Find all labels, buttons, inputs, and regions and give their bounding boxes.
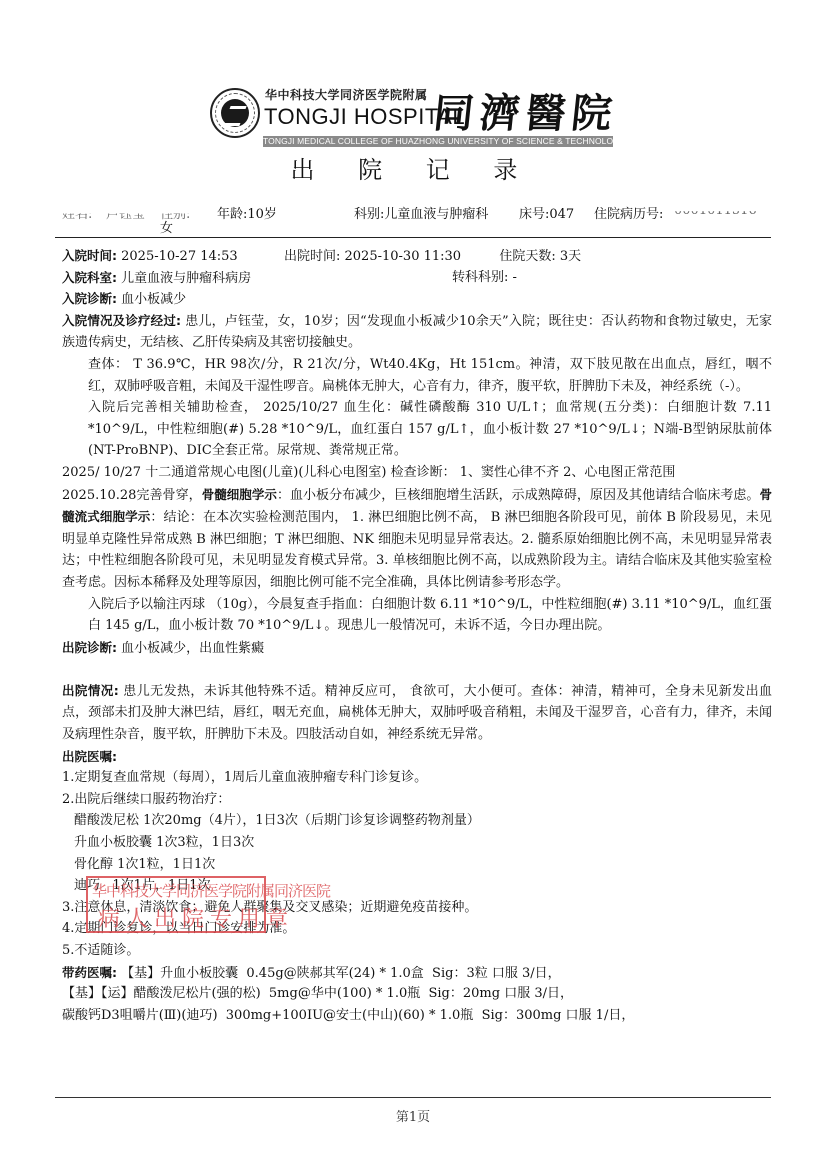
discharge-status: 出院情况: 患儿无发热，未诉其他特殊不适。精神反应可， 食欲可，大小便可。查体：… — [62, 680, 772, 746]
flow-text: ：结论：在本次实验检测范围内， 1. 淋巴细胞比例不高， B 淋巴细胞各阶段可见… — [62, 510, 772, 590]
header-divider — [55, 237, 771, 238]
bone-marrow-results: 2025.10.28完善骨穿，骨髓细胞学示：血小板分布减少，巨核细胞增生活跃，示… — [62, 484, 772, 594]
page-number: 第1页 — [0, 1106, 826, 1125]
footer-divider — [55, 1097, 771, 1098]
admit-time-label: 入院时间: — [62, 248, 117, 263]
lab-results: 入院后完善相关辅助检查， 2025/10/27 血生化：碱性磷酸酶 310 U/… — [62, 397, 772, 462]
discharge-status-label: 出院情况: — [62, 683, 119, 698]
stay-days-label: 住院天数: — [499, 249, 555, 264]
admit-diagnosis-label: 入院诊断: — [62, 291, 117, 306]
marrow-intro: 2025.10.28完善骨穿， — [62, 488, 202, 503]
admit-dept: 儿童血液与肿瘤科病房 — [121, 271, 251, 286]
patient-info-line: 姓名: 卢钰莹 性别: 女 年龄:10岁 科别:儿童血液与肿瘤科 床号:047 … — [62, 203, 772, 223]
medication-item: 醋酸泼尼松 1次20mg（4片），1日3次（后期门诊复诊调整药物剂量） — [62, 810, 772, 832]
discharge-stamp: 华中科技大学同济医学院附属同济医院 病人出院专用章 — [86, 876, 266, 933]
stamp-line-2: 病人出院专用章 — [98, 902, 294, 933]
name-label: 姓名: — [62, 203, 92, 222]
take-home-item: 【基】升血小板胶囊 0.45g@陕郝其军(24) * 1.0盒 Sig：3粒 口… — [121, 966, 561, 981]
marrow-text: ：血小板分布减少，巨核细胞增生活跃，示成熟障碍，原因及其他请结合临床考虑。 — [277, 488, 760, 503]
department-field: 科别:儿童血液与肿瘤科 — [354, 203, 488, 222]
admission-diagnosis-row: 入院诊断: 血小板减少 — [62, 288, 772, 310]
stamp-line-1: 华中科技大学同济医学院附属同济医院 — [92, 880, 330, 901]
discharge-diagnosis-row: 出院诊断: 血小板减少，出血性紫癜 — [62, 637, 772, 659]
take-home-item: 碳酸钙D3咀嚼片(Ⅲ)(迪巧) 300mg+100IU@安士(中山)(60) *… — [62, 1005, 772, 1027]
record-no-value: 0001011516 — [674, 203, 757, 218]
marrow-label: 骨髓细胞学示 — [202, 487, 277, 502]
admission-course: 入院情况及诊疗经过: 患儿，卢钰莹，女，10岁；因“发现血小板减少10余天”入院… — [62, 310, 772, 354]
document-title: 出 院 记 录 — [0, 150, 826, 185]
college-name-bar: TONGJI MEDICAL COLLEGE OF HUAZHONG UNIVE… — [263, 136, 613, 147]
bed-field: 床号:047 — [519, 203, 574, 222]
name-value: 卢钰莹 — [106, 203, 145, 222]
hospital-affiliation: 华中科技大学同济医学院附属 — [265, 86, 428, 103]
medication-item: 升血小板胶囊 1次3粒，1日3次 — [62, 832, 772, 854]
admit-time: 2025-10-27 14:53 — [121, 249, 238, 264]
course-label: 入院情况及诊疗经过: — [62, 313, 181, 328]
transfer-label: 转科科别: — [452, 270, 508, 285]
stay-days: 3天 — [560, 249, 581, 264]
order-item: 5.不适随诊。 — [62, 940, 772, 962]
treatment-course: 入院后予以输注丙球 （10g），今晨复查手指血：白细胞计数 6.11 *10^9… — [62, 594, 772, 637]
transfer-value: - — [513, 270, 517, 285]
hospital-seal-icon — [210, 88, 260, 138]
medication-item: 骨化醇 1次1粒，1日1次 — [62, 854, 772, 876]
record-no-label: 住院病历号: — [594, 203, 663, 222]
discharge-time-label: 出院时间: — [284, 249, 340, 264]
age-field: 年龄:10岁 — [217, 203, 277, 222]
order-item: 1.定期复查血常规（每周），1周后儿童血液肿瘤专科门诊复诊。 — [62, 767, 772, 789]
admit-dept-label: 入院科室: — [62, 270, 117, 285]
discharge-diagnosis-label: 出院诊断: — [62, 640, 117, 655]
discharge-orders-label: 出院医嘱: — [62, 746, 772, 768]
discharge-diagnosis: 血小板减少，出血性紫癜 — [121, 641, 264, 656]
discharge-status-text: 患儿无发热，未诉其他特殊不适。精神反应可， 食欲可，大小便可。查体：神清，精神可… — [62, 684, 772, 742]
take-home-row: 带药医嘱: 【基】升血小板胶囊 0.45g@陕郝其军(24) * 1.0盒 Si… — [62, 962, 772, 984]
hospital-logo: 华中科技大学同济医学院附属 TONGJI HOSPITAL 同濟醫院 TONGJ… — [210, 86, 620, 152]
admission-dept-row: 入院科室: 儿童血液与肿瘤科病房 转科科别: - — [62, 267, 772, 289]
discharge-time: 2025-10-30 11:30 — [345, 249, 462, 264]
take-home-item: 【基】【运】醋酸泼尼松片(强的松) 5mg@华中(100) * 1.0瓶 Sig… — [62, 983, 772, 1005]
sex-value: 女 — [160, 217, 173, 236]
admission-times-row: 入院时间: 2025-10-27 14:53 出院时间: 2025-10-30 … — [62, 245, 772, 267]
ecg-result: 2025/ 10/27 十二通道常规心电图(儿童)(儿科心电图室) 检查诊断： … — [62, 462, 772, 484]
hospital-name-cn: 同濟醫院 — [431, 82, 621, 139]
take-home-label: 带药医嘱: — [62, 965, 117, 980]
order-item: 2.出院后继续口服药物治疗： — [62, 789, 772, 811]
physical-exam: 查体： T 36.9℃，HR 98次/分，R 21次/分，Wt40.4Kg，Ht… — [62, 354, 772, 397]
admit-diagnosis: 血小板减少 — [121, 292, 186, 307]
